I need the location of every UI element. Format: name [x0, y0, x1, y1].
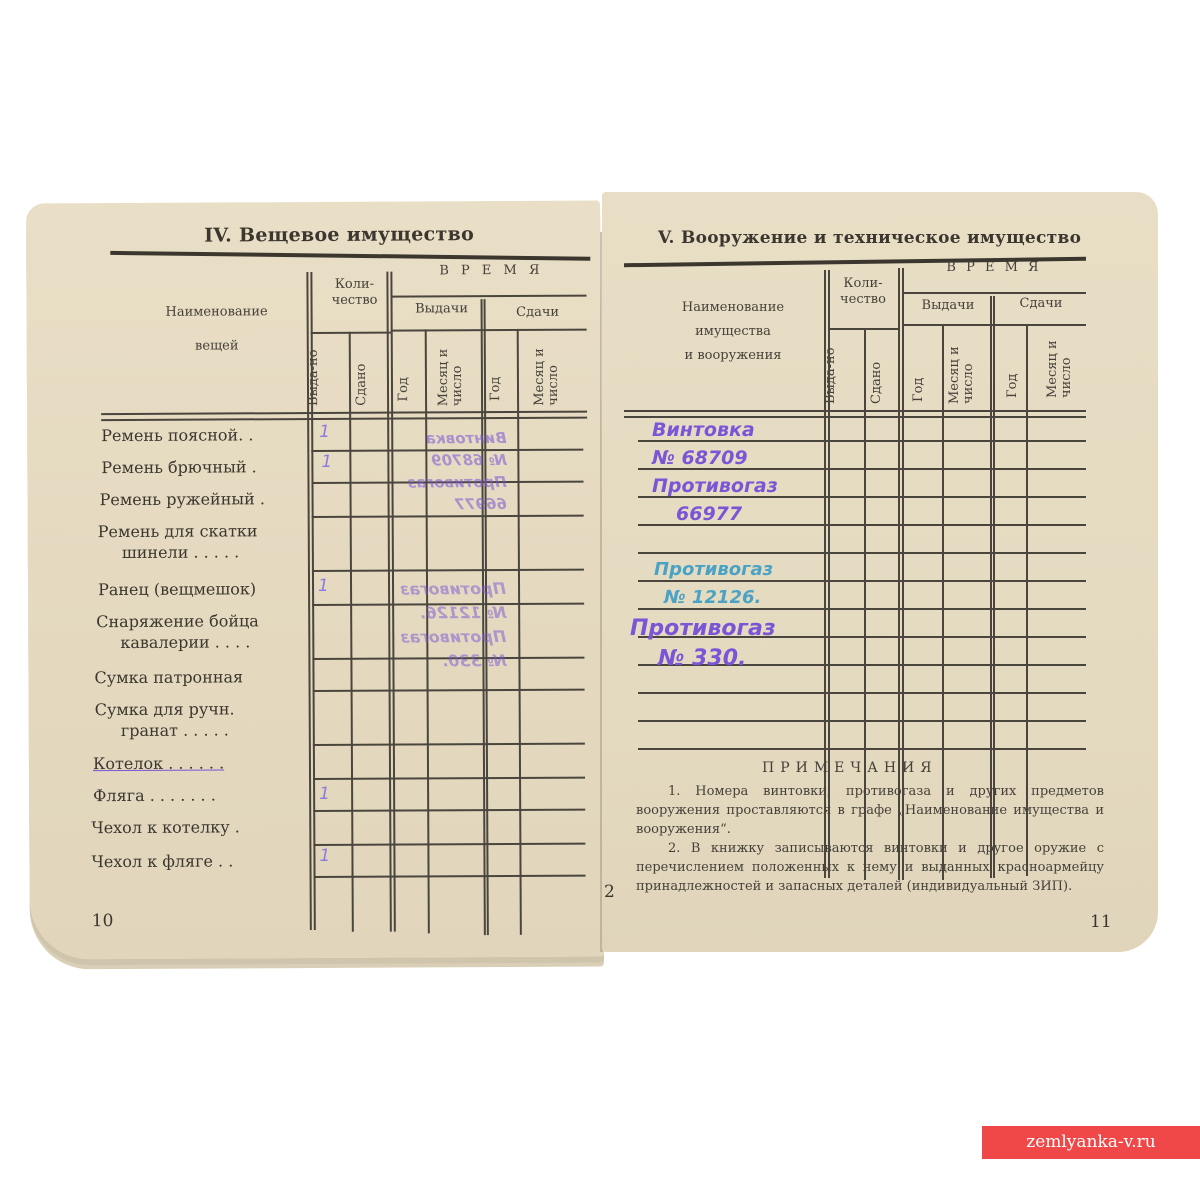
item-trouser-belt: Ремень брючный .	[101, 456, 256, 478]
item-grenade-pouch: Сумка для ручн. гранат . . . . .	[95, 698, 235, 741]
time-divider	[902, 292, 1086, 294]
signature-mark: 2	[604, 882, 615, 902]
item-mess-tin-cover: Чехол к котелку .	[91, 816, 240, 838]
row-rule	[638, 692, 1086, 694]
header-bottom-rule-2	[101, 417, 587, 421]
header-bottom-rule	[101, 411, 587, 416]
row-rule	[638, 720, 1086, 722]
header-time: В Р Е М Я	[396, 263, 586, 280]
issued-mark: 1	[318, 576, 329, 596]
item-waist-belt: Ремень поясной. .	[101, 424, 253, 446]
time-divider	[391, 295, 587, 298]
section-title-weapons: V. Вооружение и техническое имущество	[658, 228, 1081, 248]
header-month-return: Месяц и число	[1046, 322, 1076, 398]
header-year-issue: Год	[912, 352, 926, 402]
watermark-badge: zemlyanka-v.ru	[982, 1126, 1200, 1159]
ink-bleed-through-2: Противогаз № 12126. Противогаз № 330.	[400, 577, 506, 674]
title-rule	[110, 251, 590, 261]
header-quantity: Коли- чество	[318, 277, 390, 309]
header-year-issue: Год	[397, 351, 411, 401]
left-page: IV. Вещевое имущество Наименование вещей…	[26, 201, 604, 960]
header-issue: Выдачи	[904, 298, 992, 314]
page-number-left: 10	[92, 911, 114, 931]
handwritten-gasmask-entry-2: Противогаз № 330.	[630, 614, 776, 674]
issued-mark: 1	[319, 846, 330, 866]
header-return: Сдачи	[493, 305, 583, 321]
row-rule	[313, 843, 585, 846]
row-rule	[312, 569, 584, 572]
header-bottom-rule	[624, 410, 1086, 412]
issued-mark: 1	[321, 452, 332, 472]
item-mess-tin: Котелок . . . . . .	[93, 752, 224, 774]
handwritten-rifle-entry: Винтовка № 68709 Противогаз 66977	[652, 416, 778, 528]
item-flask-cover: Чехол к фляге . .	[91, 850, 233, 872]
section-title-clothing: IV. Вещевое имущество	[204, 223, 474, 246]
row-rule	[313, 689, 585, 692]
item-ammo-pouch: Сумка патронная	[94, 666, 243, 688]
grid-line	[390, 272, 395, 932]
header-issue: Выдачи	[397, 301, 487, 317]
header-month-return: Месяц и число	[533, 331, 563, 406]
header-name: Наименование имущества и вооружения	[638, 296, 828, 368]
row-rule	[313, 743, 585, 746]
right-page: V. Вооружение и техническое имущество На…	[602, 192, 1158, 952]
row-rule	[313, 777, 585, 780]
header-time: В Р Е М Я	[904, 260, 1084, 276]
header-issued: Выда-но	[824, 340, 838, 404]
note-1: 1. Номера винтовки, противогаза и других…	[636, 782, 1104, 839]
header-quantity: Коли- чество	[830, 276, 896, 308]
header-returned: Сдано	[870, 340, 884, 404]
header-return: Сдачи	[996, 296, 1086, 312]
header-year-return: Год	[489, 351, 503, 401]
row-rule	[638, 748, 1086, 750]
ink-bleed-through: Винтовка № 68709 Противогаз 66977	[407, 427, 507, 516]
row-rule	[638, 552, 1086, 554]
header-year-return: Год	[1006, 348, 1020, 398]
item-flask: Фляга . . . . . . .	[93, 785, 216, 807]
note-2: 2. В книжку записываются винтовки и друг…	[636, 839, 1104, 896]
row-rule	[313, 809, 585, 812]
item-backpack: Ранец (вещмешок)	[98, 578, 256, 600]
item-greatcoat-strap: Ремень для скатки шинели . . . . .	[98, 520, 258, 563]
open-booklet: IV. Вещевое имущество Наименование вещей…	[28, 162, 1178, 1000]
row-rule	[314, 875, 586, 878]
issued-mark: 1	[319, 422, 330, 442]
quantity-divider	[311, 332, 391, 334]
item-cavalry-gear: Снаряжение бойца кавалерии . . . .	[96, 610, 259, 653]
header-issued: Выда-но	[307, 342, 321, 406]
header-month-issue: Месяц и число	[437, 331, 467, 406]
page-number-right: 11	[1090, 912, 1112, 932]
issued-mark: 1	[319, 784, 330, 804]
header-month-issue: Месяц и число	[948, 328, 978, 404]
header-name: Наименование вещей	[127, 304, 307, 355]
notes-title: ПРИМЕЧАНИЯ	[762, 760, 938, 776]
item-rifle-sling: Ремень ружейный .	[100, 488, 265, 510]
grid-line	[349, 332, 354, 932]
header-returned: Сдано	[355, 342, 369, 406]
handwritten-gasmask-entry-1: Противогаз № 12126.	[654, 556, 773, 612]
